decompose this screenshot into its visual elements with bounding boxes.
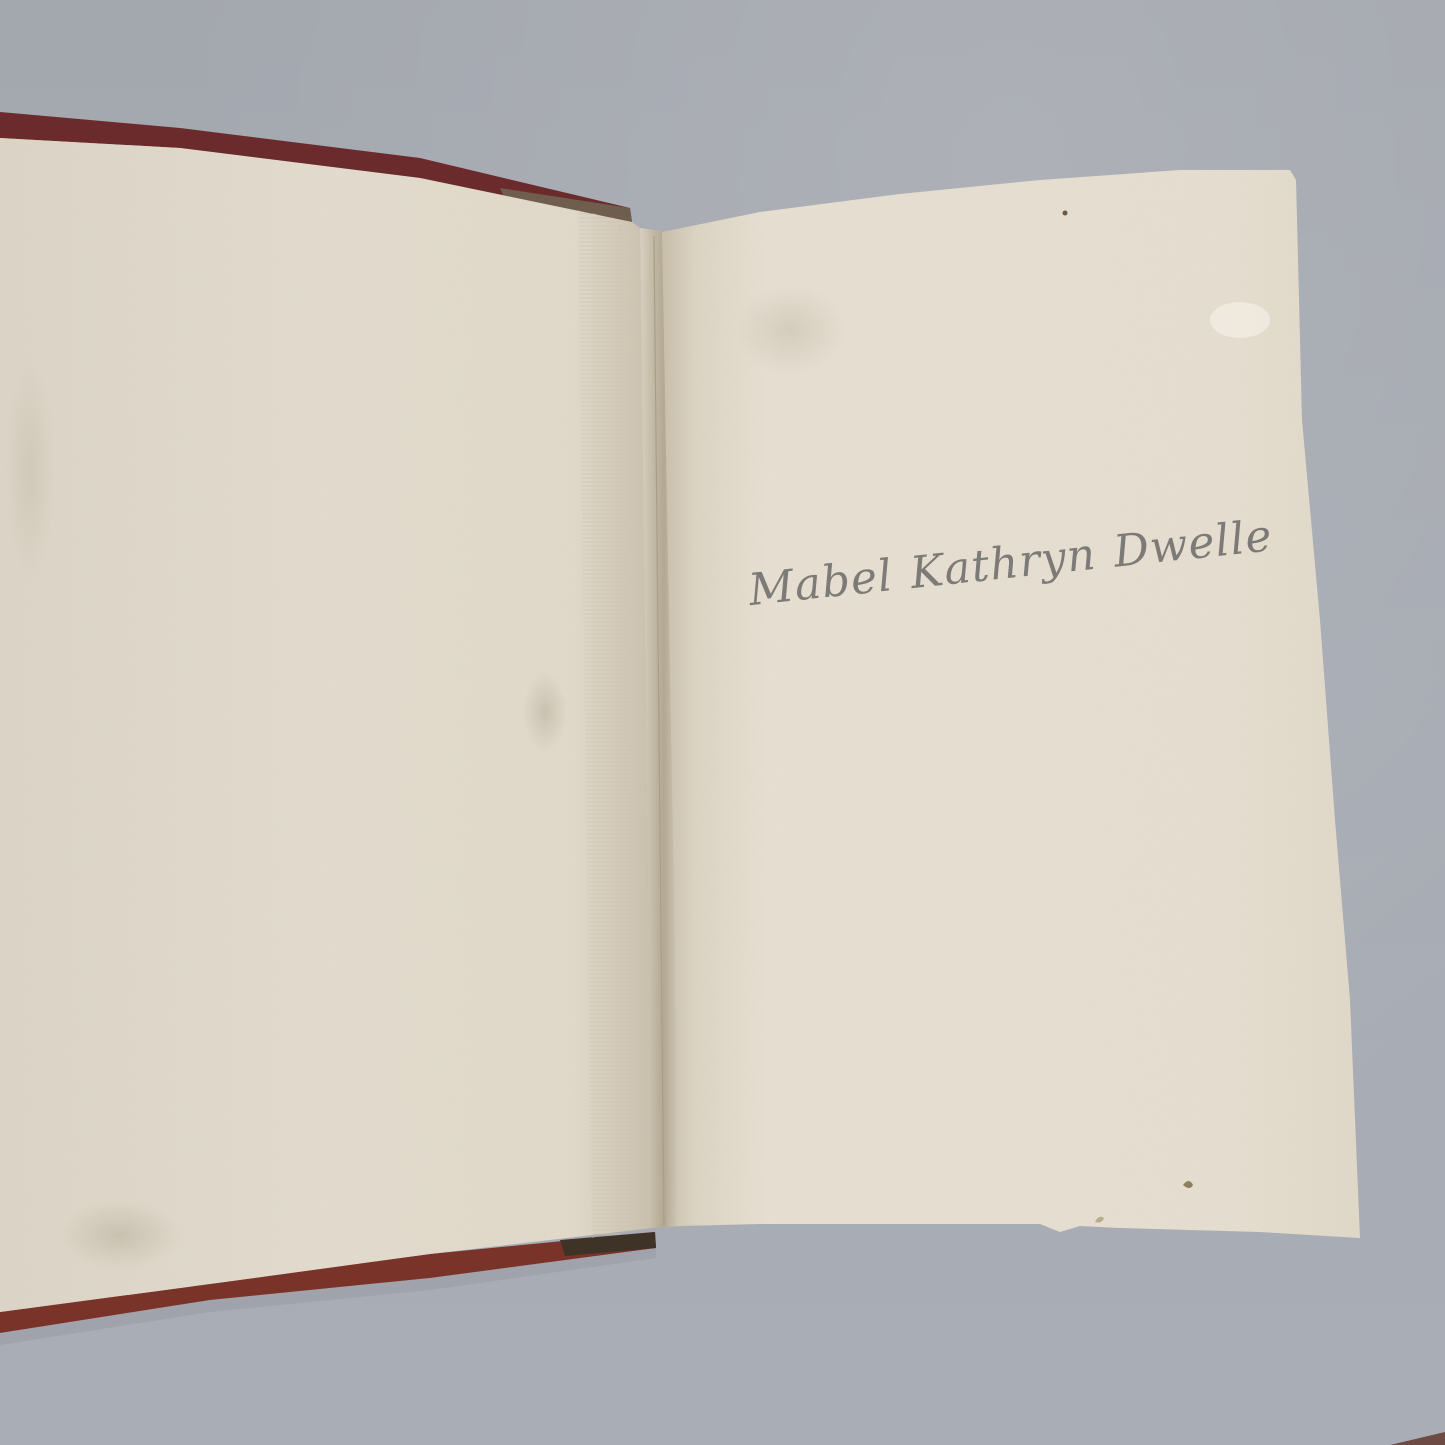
open-book-photo <box>0 0 1445 1445</box>
adjacent-book-corner <box>1390 1432 1445 1445</box>
